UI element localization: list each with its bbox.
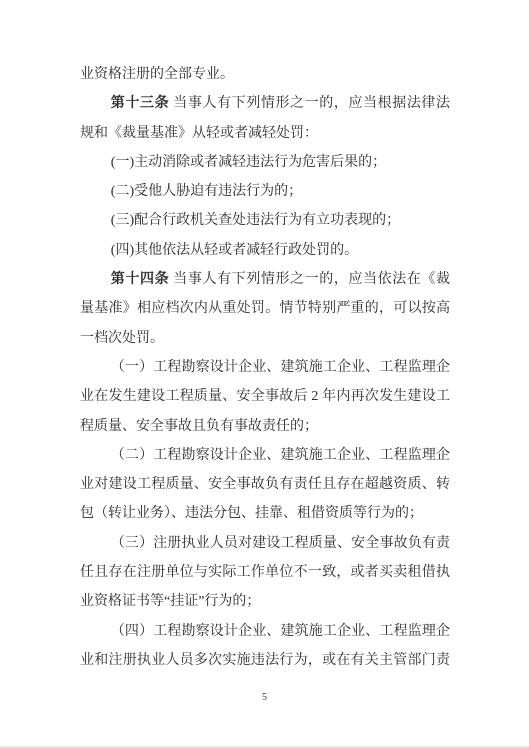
document-line: (一)主动消除或者减轻违法行为危害后果的； <box>80 148 450 177</box>
line-text: 当事人有下列情形之一的，应当依法在《裁 <box>169 272 450 287</box>
document-page: 业资格注册的全部专业。 第十三条 当事人有下列情形之一的，应当根据法律法 规和《… <box>0 0 529 748</box>
document-line: 业对建设工程质量、安全事故负有责任且存在超越资质、转 <box>80 470 450 499</box>
line-text: (一)主动消除或者减轻违法行为危害后果的； <box>111 155 386 170</box>
line-text: 量基准》相应档次内从重处罚。情节特别严重的，可以按高 <box>80 301 450 316</box>
document-line: 第十三条 当事人有下列情形之一的，应当根据法律法 <box>80 89 450 118</box>
line-text: 当事人有下列情形之一的，应当根据法律法 <box>169 96 450 111</box>
document-line: （四）工程勘察设计企业、建筑施工企业、工程监理企 <box>80 617 450 646</box>
document-text-block: 业资格注册的全部专业。 第十三条 当事人有下列情形之一的，应当根据法律法 规和《… <box>80 60 450 675</box>
line-text: (三)配合行政机关查处违法行为有立功表现的； <box>111 213 400 228</box>
line-text: 业资格证书等“挂证”行为的； <box>80 594 260 609</box>
document-line: (四)其他依法从轻或者减轻行政处罚的。 <box>80 236 450 265</box>
article-13-heading: 第十三条 <box>111 96 169 111</box>
document-line: 业资格证书等“挂证”行为的； <box>80 587 450 616</box>
line-text: 任且存在注册单位与实际工作单位不一致，或者买卖租借执 <box>80 565 450 580</box>
document-line: 包（转让业务）、违法分包、挂靠、租借资质等行为的； <box>80 499 450 528</box>
line-text: （一）工程勘察设计企业、建筑施工企业、工程监理企 <box>111 360 450 375</box>
line-text: 程质量、安全事故且负有事故责任的； <box>80 419 318 434</box>
document-line: 量基准》相应档次内从重处罚。情节特别严重的，可以按高 <box>80 294 450 323</box>
document-line: 一档次处罚。 <box>80 324 450 353</box>
line-text: 业资格注册的全部专业。 <box>80 67 234 82</box>
line-text: 业和注册执业人员多次实施违法行为，或在有关主管部门责 <box>80 653 450 668</box>
document-line: （一）工程勘察设计企业、建筑施工企业、工程监理企 <box>80 353 450 382</box>
line-text: 包（转让业务）、违法分包、挂靠、租借资质等行为的； <box>80 506 423 521</box>
document-line: 业在发生建设工程质量、安全事故后 2 年内再次发生建设工 <box>80 382 450 411</box>
document-line: 任且存在注册单位与实际工作单位不一致，或者买卖租借执 <box>80 558 450 587</box>
document-line: 第十四条 当事人有下列情形之一的，应当依法在《裁 <box>80 265 450 294</box>
document-line: 程质量、安全事故且负有事故责任的； <box>80 412 450 441</box>
document-line: 业资格注册的全部专业。 <box>80 60 450 89</box>
line-text: (四)其他依法从轻或者减轻行政处罚的。 <box>111 243 358 258</box>
line-text: （二）工程勘察设计企业、建筑施工企业、工程监理企 <box>111 448 450 463</box>
page-number: 5 <box>0 692 529 703</box>
document-line: 业和注册执业人员多次实施违法行为，或在有关主管部门责 <box>80 646 450 675</box>
line-text: （三）注册执业人员对建设工程质量、安全事故负有责 <box>111 536 450 551</box>
document-line: （二）工程勘察设计企业、建筑施工企业、工程监理企 <box>80 441 450 470</box>
line-text: 业在发生建设工程质量、安全事故后 2 年内再次发生建设工 <box>80 389 450 404</box>
article-14-heading: 第十四条 <box>111 272 169 287</box>
document-line: (三)配合行政机关查处违法行为有立功表现的； <box>80 206 450 235</box>
document-line: 规和《裁量基准》从轻或者减轻处罚： <box>80 119 450 148</box>
document-line: （三）注册执业人员对建设工程质量、安全事故负有责 <box>80 529 450 558</box>
line-text: (二)受他人胁迫有违法行为的； <box>111 184 302 199</box>
line-text: 一档次处罚。 <box>80 331 164 346</box>
line-text: （四）工程勘察设计企业、建筑施工企业、工程监理企 <box>111 624 450 639</box>
line-text: 业对建设工程质量、安全事故负有责任且存在超越资质、转 <box>80 477 450 492</box>
line-text: 规和《裁量基准》从轻或者减轻处罚： <box>80 126 318 141</box>
document-line: (二)受他人胁迫有违法行为的； <box>80 177 450 206</box>
